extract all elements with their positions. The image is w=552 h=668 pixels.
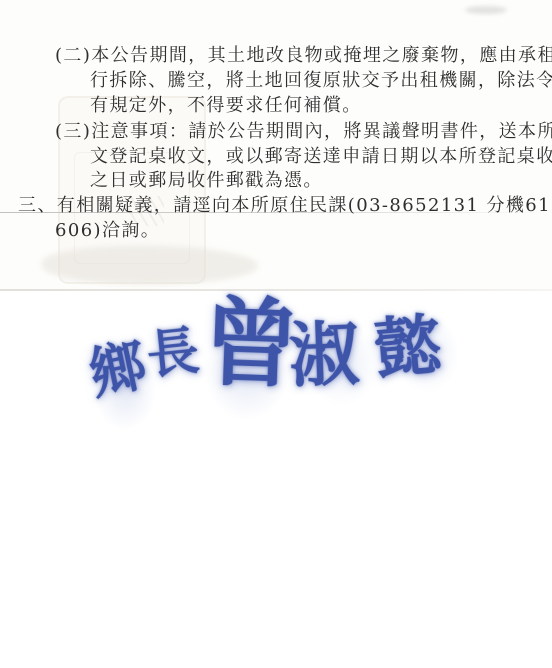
signature-title-char: 鄉 [85, 337, 151, 403]
notice-line: 606)洽詢。 [55, 220, 160, 242]
document-page: (二)本公告期間，其土地改良物或掩埋之廢棄物，應由承租人 行拆除、騰空，將土地回… [0, 0, 552, 668]
notice-line: 行拆除、騰空，將土地回復原狀交予出租機關，除法令另 [90, 70, 552, 92]
top-edge-smudge [465, 6, 507, 14]
signature-title-char: 長 [144, 325, 201, 382]
notice-line: 之日或郵局收件郵戳為憑。 [90, 170, 323, 192]
signature-name-char: 曾 [201, 294, 300, 393]
scan-smudge [42, 246, 258, 284]
notice-line: (二)本公告期間，其土地改良物或掩埋之廢棄物，應由承租人 [55, 45, 552, 67]
signature-name-char: 淑 [288, 319, 360, 391]
notice-line: 三、有相關疑義，請逕向本所原住民課(03-8652131 分機611、 [18, 195, 552, 217]
mayor-signature-stamp: 鄉 長 曾 淑 懿 [85, 288, 475, 448]
notice-line: (三)注意事項：請於公告期間內，將異議聲明書件，送本所 公 [55, 121, 552, 143]
notice-line: 有規定外，不得要求任何補償。 [90, 95, 362, 117]
signature-name-char: 懿 [372, 311, 444, 383]
notice-line: 文登記桌收文，或以郵寄送達申請日期以本所登記桌收 文 [90, 146, 552, 168]
